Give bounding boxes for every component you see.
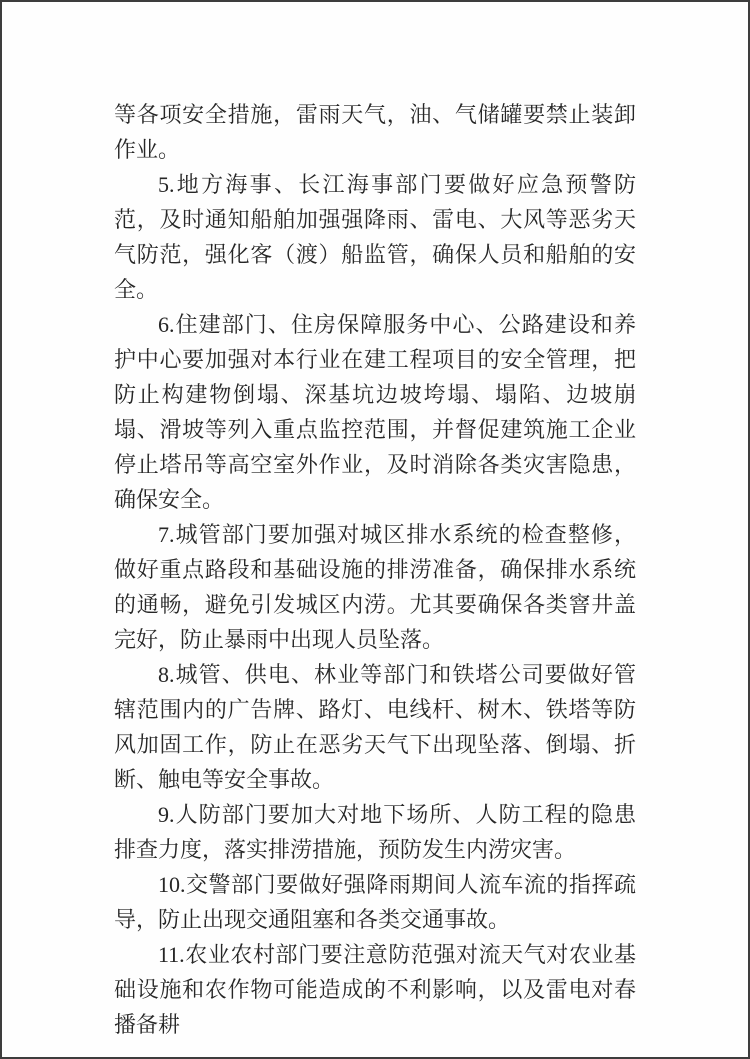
paragraph-item-6: 6.住建部门、住房保障服务中心、公路建设和养护中心要加强对本行业在建工程项目的安… <box>114 307 636 517</box>
paragraph-item-8: 8.城管、供电、林业等部门和铁塔公司要做好管辖范围内的广告牌、路灯、电线杆、树木… <box>114 657 636 797</box>
paragraph-item-5: 5.地方海事、长江海事部门要做好应急预警防范，及时通知船舶加强强降雨、雷电、大风… <box>114 167 636 307</box>
paragraph-continuation: 等各项安全措施，雷雨天气，油、气储罐要禁止装卸作业。 <box>114 97 636 167</box>
document-body: 等各项安全措施，雷雨天气，油、气储罐要禁止装卸作业。 5.地方海事、长江海事部门… <box>114 97 636 1042</box>
document-page: 等各项安全措施，雷雨天气，油、气储罐要禁止装卸作业。 5.地方海事、长江海事部门… <box>0 0 750 1059</box>
paragraph-item-7: 7.城管部门要加强对城区排水系统的检查整修，做好重点路段和基础设施的排涝准备，确… <box>114 517 636 657</box>
page-number: 3 <box>2 983 748 999</box>
paragraph-item-10: 10.交警部门要做好强降雨期间人流车流的指挥疏导，防止出现交通阻塞和各类交通事故… <box>114 867 636 937</box>
paragraph-item-9: 9.人防部门要加大对地下场所、人防工程的隐患排查力度，落实排涝措施，预防发生内涝… <box>114 797 636 867</box>
